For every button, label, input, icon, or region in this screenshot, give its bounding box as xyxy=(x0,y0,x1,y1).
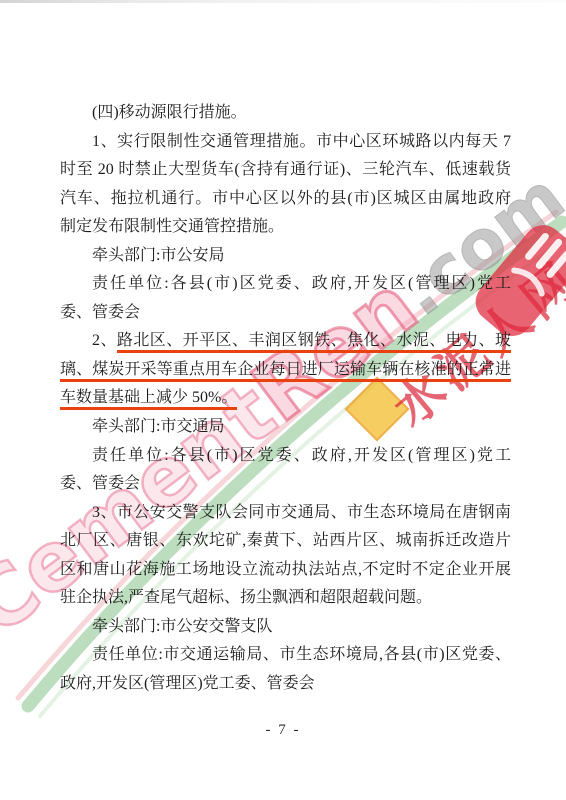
doc-line: 区和唐山花海施工场地设立流动执法站点,不定时不定企业开展 xyxy=(60,556,511,585)
doc-text: 1、实行限制性交通管理措施。市中心区环城路以内每天 7 xyxy=(92,133,511,150)
doc-line: 汽车、拖拉机通行。市中心区以外的县(市)区城区由属地政府 xyxy=(60,185,511,214)
doc-line-underlined: 璃、煤炭开采等重点用车企业每日进厂运输车辆在核准的正常进 xyxy=(60,356,511,385)
document-page: CementRen.com 水泥人网 (四)移动源限行措施。 1、实行限制性交通… xyxy=(0,0,566,800)
doc-text: 2、 xyxy=(92,332,117,349)
page-number: - 7 - xyxy=(0,722,566,739)
doc-text: 3、市公安交警支队会同市交通局、市生态环境局在唐钢南 xyxy=(92,504,511,521)
doc-text: 牵头部门:市公安局 xyxy=(92,247,224,264)
doc-text: 牵头部门:市交通局 xyxy=(92,418,224,435)
doc-line: 时至 20 时禁止大型货车(含持有通行证)、三轮汽车、低速载货 xyxy=(60,156,511,185)
doc-line: 制定发布限制性交通管控措施。 xyxy=(60,213,511,242)
doc-line-underlined: 车数量基础上减少 50%。 xyxy=(60,384,511,413)
responsible-unit-line: 责任单位:各县(市)区党委、政府,开发区(管理区)党工 xyxy=(60,270,511,299)
doc-line: 驻企执法,严查尾气超标、扬尘飘洒和超限超载问题。 xyxy=(60,584,511,613)
underlined-text: 车数量基础上减少 50%。 xyxy=(60,389,237,410)
doc-line: 委、管委会 xyxy=(60,299,511,328)
section-heading: (四)移动源限行措施。 xyxy=(60,99,511,128)
doc-text: 责任单位:各县(市)区党委、政府,开发区(管理区)党工 xyxy=(92,275,511,292)
doc-text: 制定发布限制性交通管控措施。 xyxy=(60,218,284,235)
doc-line: 政府,开发区(管理区)党工委、管委会 xyxy=(60,670,511,699)
doc-text: 委、管委会 xyxy=(60,304,140,321)
doc-text: 牵头部门:市公安交警支队 xyxy=(92,618,272,635)
doc-text: 北厂区、唐银、东欢坨矿,秦黄下、站西片区、城南拆迁改造片 xyxy=(60,532,511,549)
doc-line: 委、管委会 xyxy=(60,470,511,499)
doc-text: 时至 20 时禁止大型货车(含持有通行证)、三轮汽车、低速载货 xyxy=(60,161,511,178)
doc-text: 区和唐山花海施工场地设立流动执法站点,不定时不定企业开展 xyxy=(60,561,511,578)
doc-text: 政府,开发区(管理区)党工委、管委会 xyxy=(60,675,315,692)
doc-text: 委、管委会 xyxy=(60,475,140,492)
doc-text: 责任单位:市交通运输局、市生态环境局,各县(市)区党委、 xyxy=(92,646,511,663)
document-body: (四)移动源限行措施。 1、实行限制性交通管理措施。市中心区环城路以内每天 7 … xyxy=(60,99,511,698)
doc-line: 3、市公安交警支队会同市交通局、市生态环境局在唐钢南 xyxy=(60,499,511,528)
underlined-text: 路北区、开平区、丰润区钢铁、焦化、水泥、电力、玻 xyxy=(117,332,511,353)
doc-line-underlined: 2、路北区、开平区、丰润区钢铁、焦化、水泥、电力、玻 xyxy=(60,327,511,356)
doc-text: 责任单位:各县(市)区党委、政府,开发区(管理区)党工 xyxy=(92,447,511,464)
responsible-unit-line: 责任单位:市交通运输局、市生态环境局,各县(市)区党委、 xyxy=(60,641,511,670)
doc-text: (四)移动源限行措施。 xyxy=(92,104,247,121)
lead-department-line: 牵头部门:市公安交警支队 xyxy=(60,613,511,642)
doc-text: 驻企执法,严查尾气超标、扬尘飘洒和超限超载问题。 xyxy=(60,589,432,606)
underlined-text: 璃、煤炭开采等重点用车企业每日进厂运输车辆在核准的正常进 xyxy=(60,361,511,382)
doc-line: 1、实行限制性交通管理措施。市中心区环城路以内每天 7 xyxy=(60,128,511,157)
doc-text: 汽车、拖拉机通行。市中心区以外的县(市)区城区由属地政府 xyxy=(60,190,511,207)
lead-department-line: 牵头部门:市公安局 xyxy=(60,242,511,271)
scan-edge-artifact xyxy=(0,0,566,3)
doc-line: 北厂区、唐银、东欢坨矿,秦黄下、站西片区、城南拆迁改造片 xyxy=(60,527,511,556)
responsible-unit-line: 责任单位:各县(市)区党委、政府,开发区(管理区)党工 xyxy=(60,442,511,471)
lead-department-line: 牵头部门:市交通局 xyxy=(60,413,511,442)
